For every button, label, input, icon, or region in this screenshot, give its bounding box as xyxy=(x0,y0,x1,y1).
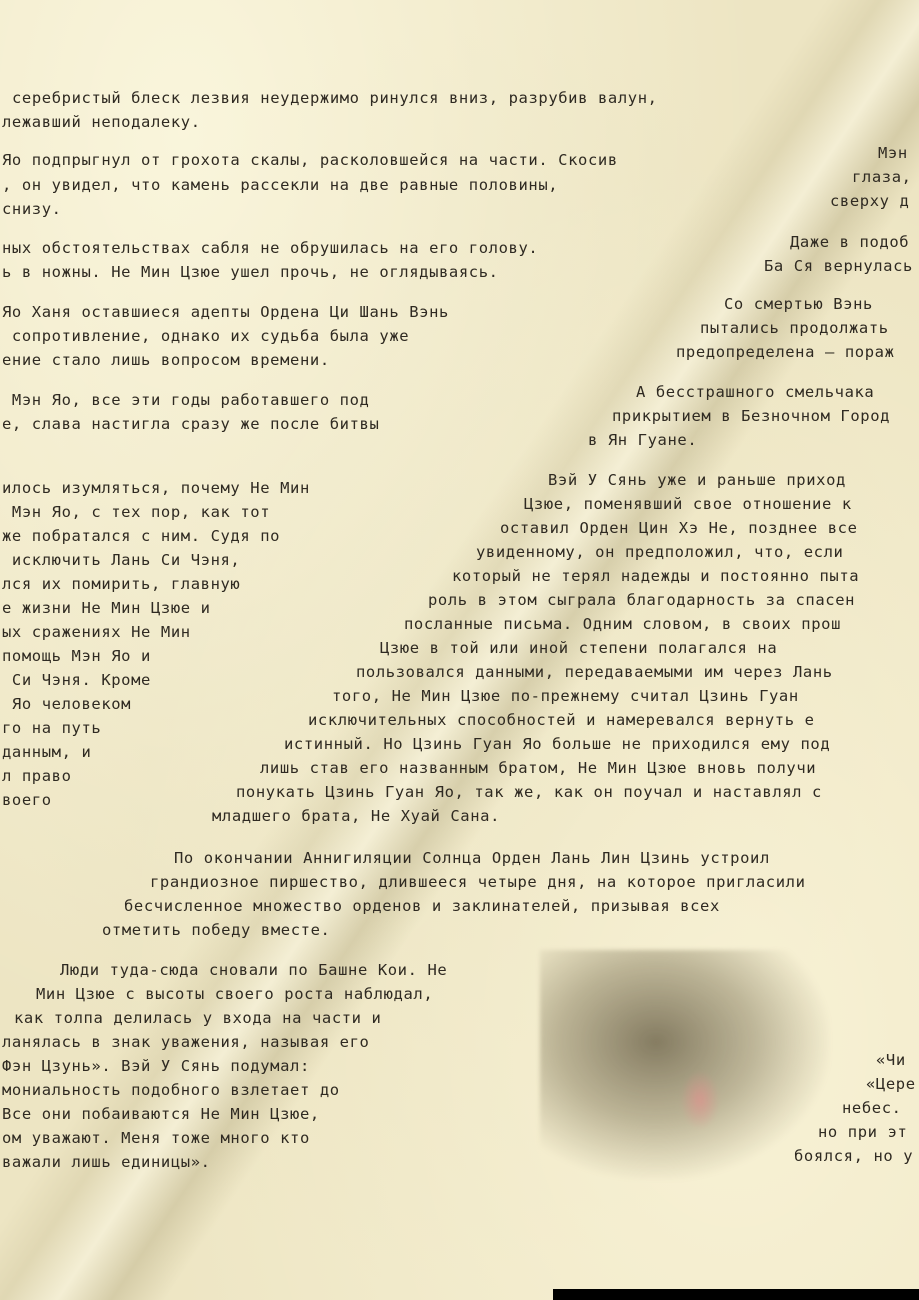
text-line: Люди туда-сюда сновали по Башне Кои. Не xyxy=(60,960,447,980)
text-line: глаза, xyxy=(852,167,912,187)
text-line: истинный. Но Цзинь Гуан Яо больше не при… xyxy=(284,734,830,754)
text-line: Даже в подоб xyxy=(790,232,909,252)
text-line: Со смертью Вэнь xyxy=(724,294,873,314)
text-line: Си Чэня. Кроме xyxy=(2,670,151,690)
text-line: По окончании Аннигиляции Солнца Орден Ла… xyxy=(174,848,770,868)
text-line: Яо Ханя оставшиеся адепты Ордена Ци Шань… xyxy=(2,302,449,322)
text-line: который не терял надежды и постоянно пыт… xyxy=(452,566,859,586)
text-line: Мин Цзюе с высоты своего роста наблюдал, xyxy=(36,984,433,1004)
text-line: е жизни Не Мин Цзюе и xyxy=(2,598,211,618)
text-line: ых сражениях Не Мин xyxy=(2,622,191,642)
text-line: серебристый блеск лезвия неудержимо рину… xyxy=(12,88,658,108)
text-line: как толпа делилась у входа на части и xyxy=(14,1008,381,1028)
text-line: лежавший неподалеку. xyxy=(2,112,201,132)
text-line: Яо подпрыгнул от грохота скалы, расколов… xyxy=(2,150,618,170)
text-line: важали лишь единицы». xyxy=(2,1152,211,1172)
text-line: исключительных способностей и намеревалс… xyxy=(308,710,815,730)
text-line: в Ян Гуане. xyxy=(588,430,697,450)
text-line: илось изумляться, почему Не Мин xyxy=(2,478,310,498)
text-line: оставил Орден Цин Хэ Не, позднее все xyxy=(500,518,858,538)
text-line: Цзюе в той или иной степени полагался на xyxy=(380,638,777,658)
text-line: Яо человеком xyxy=(2,694,131,714)
text-line: го на путь xyxy=(2,718,101,738)
text-line: Мэн Яо, все эти годы работавшего под xyxy=(2,390,369,410)
text-line: бесчисленное множество орденов и заклина… xyxy=(124,896,720,916)
bottom-black-bar xyxy=(553,1289,919,1300)
text-line: е, слава настигла сразу же после битвы xyxy=(2,414,379,434)
text-line: боялся, но у xyxy=(794,1146,913,1166)
text-line: «Цере xyxy=(866,1074,916,1094)
text-line: сверху д xyxy=(830,191,909,211)
text-line: помощь Мэн Яо и xyxy=(2,646,151,666)
text-line: Цзюе, поменявший свое отношение к xyxy=(524,494,852,514)
text-line: роль в этом сыграла благодарность за спа… xyxy=(428,590,855,610)
text-line: мониальность подобного взлетает до xyxy=(2,1080,340,1100)
text-line: пользовался данными, передаваемыми им че… xyxy=(356,662,833,682)
text-line: лся их помирить, главную xyxy=(2,574,240,594)
text-line: же побратался с ним. Судя по xyxy=(2,526,280,546)
text-line: ных обстоятельствах сабля не обрушилась … xyxy=(2,238,538,258)
text-line: того, Не Мин Цзюе по-прежнему считал Цзи… xyxy=(332,686,799,706)
text-line: «Чи xyxy=(876,1050,906,1070)
text-line: ь в ножны. Не Мин Цзюе ушел прочь, не ог… xyxy=(2,262,499,282)
text-line: Фэн Цзунь». Вэй У Сянь подумал: xyxy=(2,1056,310,1076)
text-line: Вэй У Сянь уже и раньше приход xyxy=(548,470,846,490)
text-line: воего xyxy=(2,790,52,810)
text-line: лишь став его названным братом, Не Мин Ц… xyxy=(260,758,816,778)
text-line: посланные письма. Одним словом, в своих … xyxy=(404,614,841,634)
text-line: ение стало лишь вопросом времени. xyxy=(2,350,330,370)
text-line: понукать Цзинь Гуан Яо, так же, как он п… xyxy=(236,782,822,802)
text-line: данным, и xyxy=(2,742,91,762)
text-line: Ба Ся вернулась xyxy=(764,256,913,276)
text-line: младшего брата, Не Хуай Сана. xyxy=(212,806,500,826)
text-line: исключить Лань Си Чэня, xyxy=(2,550,240,570)
text-line: небес. xyxy=(842,1098,902,1118)
text-line: прикрытием в Безночном Город xyxy=(612,406,890,426)
text-line: ланялась в знак уважения, называя его xyxy=(2,1032,369,1052)
text-line: пытались продолжать xyxy=(700,318,889,338)
text-line: л право xyxy=(2,766,72,786)
text-line: А бесстрашного смельчака xyxy=(636,382,874,402)
text-line: Все они побаиваются Не Мин Цзюе, xyxy=(2,1104,320,1124)
text-line: снизу. xyxy=(2,199,62,219)
text-line: грандиозное пиршество, длившееся четыре … xyxy=(150,872,806,892)
text-line: увиденному, он предположил, что, если xyxy=(476,542,843,562)
text-line: но при эт xyxy=(818,1122,907,1142)
text-line: , он увидел, что камень рассекли на две … xyxy=(2,175,558,195)
text-line: Мэн Яо, с тех пор, как тот xyxy=(2,502,270,522)
text-line: предопределена – пораж xyxy=(676,342,895,362)
text-line: Мэн xyxy=(878,143,908,163)
text-line: сопротивление, однако их судьба была уже xyxy=(2,326,409,346)
text-line: отметить победу вместе. xyxy=(102,920,330,940)
text-line: ом уважают. Меня тоже много кто xyxy=(2,1128,310,1148)
